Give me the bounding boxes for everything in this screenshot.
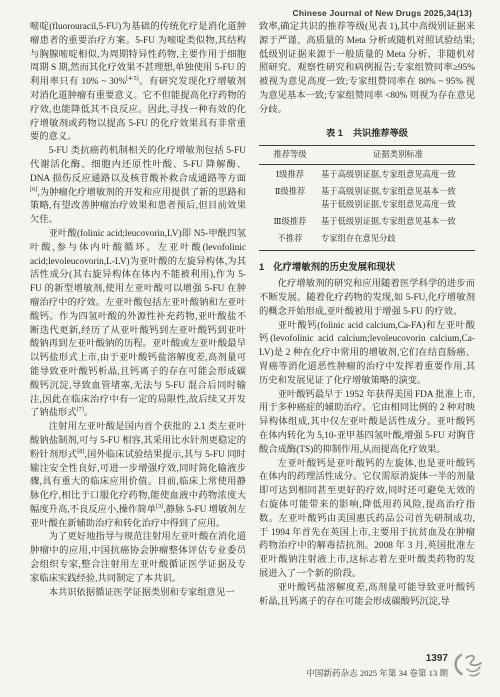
paragraph: 亚叶酸(folinic acid;leucovorin,LV)即 N5-甲酰四氢… — [30, 228, 246, 421]
two-column-body: 嘧啶(fluorouracil,5-FU)为基础的传统化疗是消化道肿瘤患者的重要… — [30, 21, 475, 609]
table-caption: 共识推荐等级 — [353, 128, 408, 138]
criteria-cell: 基于高级别证据,专家组意见高度一致 — [321, 164, 475, 182]
grade-cell: Ⅱ级推荐 — [259, 182, 321, 212]
right-column: 致率,确定共识的推荐等级(见表 1),其中高级别证据来源于严谨、高质量的 Met… — [259, 21, 475, 609]
criteria-line: 基于高级别证据,专家组意见基本一致 — [321, 186, 475, 198]
criteria-cell: 基于高级别证据,专家组意见基本一致 基于低级别证据,专家组意见高度一致 — [321, 182, 475, 212]
grade-cell: Ⅲ级推荐 — [259, 211, 321, 228]
paragraph: 亚叶酸钙盐溶解度差,高剂量可能导致亚叶酸钙析晶,且钙离子的存在可能会形成碳酸钙沉… — [259, 582, 475, 610]
criteria-cell: 专家组存在意见分歧 — [321, 228, 475, 251]
section-1-heading: 1化疗增敏剂的历史发展和现状 — [259, 260, 475, 274]
table-header-row: 推荐等级 证据类别标准 — [259, 146, 475, 165]
paragraph: 亚叶酸钙(folinic acid calcium,Ca-FA)和左亚叶酸钙(l… — [259, 320, 475, 389]
criteria-line: 基于低级别证据,专家组意见高度一致 — [321, 199, 475, 211]
paragraph: 为了更好地指导与规范注射用左亚叶酸在消化道肿瘤中的应用,中国抗癌协会肿瘤整体评估… — [30, 531, 246, 586]
column-header-grade: 推荐等级 — [259, 146, 321, 165]
paper-page: Chinese Journal of New Drugs 2025,34(13)… — [0, 0, 500, 697]
section-title: 化疗增敏剂的历史发展和现状 — [273, 261, 395, 272]
journal-logo-icon — [450, 649, 484, 681]
grade-cell: Ⅰ级推荐 — [259, 164, 321, 182]
running-head-journal-en: Chinese Journal of New Drugs 2025,34(13) — [293, 8, 472, 18]
paragraph: 5-FU 类抗癌药机制相关的化疗增敏剂包括 5-FU 代谢活化酶、细胞内还原性叶… — [30, 145, 246, 228]
table-row: Ⅰ级推荐 基于高级别证据,专家组意见高度一致 — [259, 164, 475, 182]
left-column: 嘧啶(fluorouracil,5-FU)为基础的传统化疗是消化道肿瘤患者的重要… — [30, 21, 246, 609]
table-number: 表 1 — [326, 128, 343, 138]
table-row: Ⅲ级推荐 基于低级别证据,专家组意见基本一致 — [259, 211, 475, 228]
table-row: Ⅱ级推荐 基于高级别证据,专家组意见基本一致 基于低级别证据,专家组意见高度一致 — [259, 182, 475, 212]
paragraph: 化疗增敏剂的研究和应用随着医学科学的进步而不断发展。随着化疗药物的发现,如 5-… — [259, 278, 475, 319]
paragraph: 左亚叶酸钙是亚叶酸钙的左旋体,也是亚叶酸钙在体内的药理活性成分。它仅需原消旋体一… — [259, 458, 475, 582]
table-row: 不推荐 专家组存在意见分歧 — [259, 228, 475, 251]
criteria-line: 专家组存在意见分歧 — [321, 233, 475, 245]
grade-cell: 不推荐 — [259, 228, 321, 251]
table-title: 表 1共识推荐等级 — [259, 127, 475, 141]
paragraph: 本共识依据循证医学证据类别和专家组意见一 — [30, 587, 246, 601]
paragraph: 致率,确定共识的推荐等级(见表 1),其中高级别证据来源于严谨、高质量的 Met… — [259, 21, 475, 118]
paragraph: 注射用左亚叶酸是国内首个获批的 2.1 类左亚叶酸钠盐制剂,可与 5-FU 相容… — [30, 421, 246, 531]
section-number: 1 — [259, 261, 264, 272]
consensus-recommendation-table: 推荐等级 证据类别标准 Ⅰ级推荐 基于高级别证据,专家组意见高度一致 Ⅱ级推荐 — [259, 145, 475, 251]
paragraph: 嘧啶(fluorouracil,5-FU)为基础的传统化疗是消化道肿瘤患者的重要… — [30, 21, 246, 145]
criteria-line: 基于高级别证据,专家组意见高度一致 — [321, 169, 475, 181]
paragraph: 亚叶酸钙最早于 1952 年获得美国 FDA 批准上市,用于多种癌症的辅助治疗。… — [259, 389, 475, 458]
footer-journal-line: 中国新药杂志 2025 年第 34 卷第 13 期 — [306, 667, 448, 679]
criteria-cell: 基于低级别证据,专家组意见基本一致 — [321, 211, 475, 228]
column-header-criteria: 证据类别标准 — [321, 146, 475, 165]
criteria-line: 基于低级别证据,专家组意见基本一致 — [321, 216, 475, 228]
footer-page-number: 1397 — [426, 653, 448, 664]
